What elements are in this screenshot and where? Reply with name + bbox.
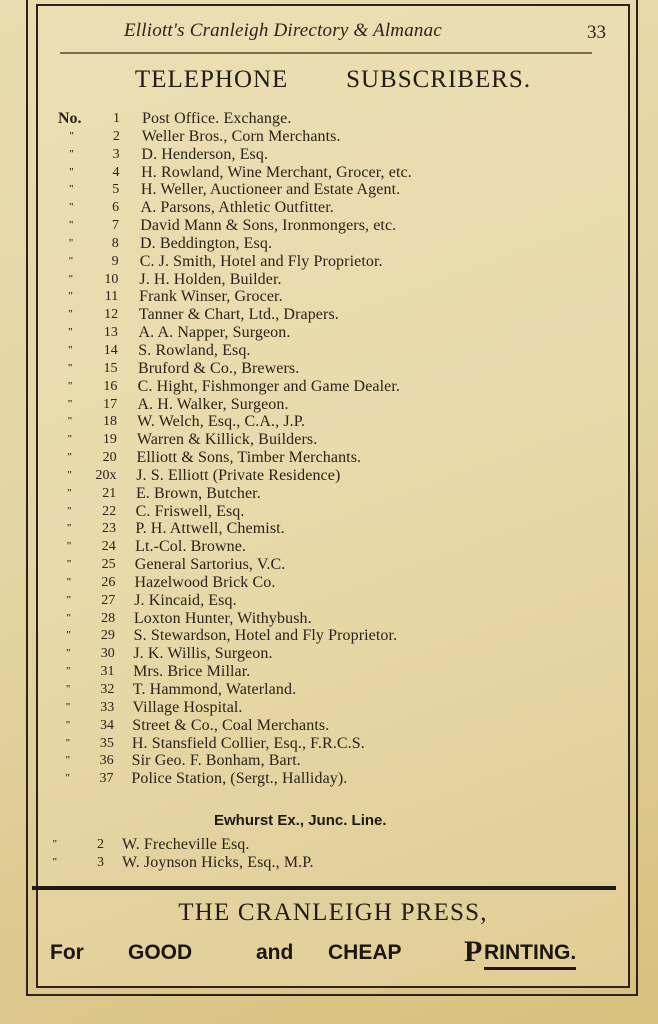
tagline-word: and [256,941,293,965]
subscriber-row: "33Village Hospital. [38,699,628,717]
subscriber-name: A. H. Walker, Surgeon. [137,396,288,414]
subscriber-name: Weller Bros., Corn Merchants. [142,128,341,146]
subscriber-number: 8 [79,235,119,253]
header-rule [60,52,592,54]
ditto-mark: " [65,752,70,770]
subscriber-name: J. S. Elliott (Private Residence) [136,467,340,485]
subscriber-row: "5H. Weller, Auctioneer and Estate Agent… [38,181,628,199]
subscriber-row: "11Frank Winser, Grocer. [38,288,628,306]
subscriber-name: Bruford & Co., Brewers. [138,360,299,378]
ditto-mark: " [68,235,73,253]
ditto-mark: " [68,324,73,342]
ditto-mark: " [69,128,74,146]
subscriber-row: "37Police Station, (Sergt., Halliday). [38,770,628,788]
subscriber-name: Sir Geo. F. Bonham, Bart. [132,752,301,770]
subscriber-row: "7David Mann & Sons, Ironmongers, etc. [38,217,628,235]
tagline-initial: P [464,935,482,969]
subscriber-row: "21E. Brown, Butcher. [38,485,628,503]
subscriber-name: Village Hospital. [132,699,242,717]
subscriber-row: "18W. Welch, Esq., C.A., J.P. [38,413,628,431]
subscriber-name: H. Stansfield Collier, Esq., F.R.C.S. [132,735,365,753]
ewhurst-heading: Ewhurst Ex., Junc. Line. [214,812,387,829]
subscriber-name: P. H. Attwell, Chemist. [135,520,284,538]
ditto-mark: " [68,199,73,217]
subscriber-row: "16C. Hight, Fishmonger and Game Dealer. [38,378,628,396]
tagline-word: GOOD [128,941,192,965]
ditto-mark: " [69,146,74,164]
ditto-mark: " [66,627,71,645]
subscriber-name: Post Office. Exchange. [142,110,291,128]
subscriber-number: 33 [74,699,114,717]
subscriber-row: "23P. H. Attwell, Chemist. [38,520,628,538]
subscriber-row: "13A. A. Napper, Surgeon. [38,324,628,342]
subscriber-row: "20Elliott & Sons, Timber Merchants. [38,449,628,467]
subscriber-number: 30 [75,645,115,663]
subscriber-name: H. Rowland, Wine Merchant, Grocer, etc. [141,164,412,182]
subscriber-row: "31Mrs. Brice Millar. [38,663,628,681]
ditto-mark: " [67,485,72,503]
subscriber-name: D. Henderson, Esq. [141,146,268,164]
ditto-mark: " [67,449,72,467]
subscriber-number: 5 [79,181,119,199]
subscriber-row: "19Warren & Killick, Builders. [38,431,628,449]
ditto-mark: " [65,770,70,788]
ditto-mark: " [68,342,73,360]
subscriber-name: Elliott & Sons, Timber Merchants. [137,449,362,467]
ditto-mark: " [67,378,72,396]
ditto-mark: " [67,360,72,378]
subscriber-list: No.1Post Office. Exchange."2Weller Bros.… [38,110,628,788]
subscriber-name: D. Beddington, Esq. [140,235,272,253]
subscriber-number: 25 [76,556,116,574]
subscriber-number: 20 [77,449,117,467]
subscriber-row: "12Tanner & Chart, Ltd., Drapers. [38,306,628,324]
ditto-mark: " [66,538,71,556]
subscriber-row: "28Loxton Hunter, Withybush. [38,610,628,628]
subscriber-number: 10 [78,271,118,289]
subscriber-name: Lt.-Col. Browne. [135,538,246,556]
tagline-word: For [50,941,84,965]
ewhurst-subscriber-list: "2W. Frecheville Esq."3W. Joynson Hicks,… [38,836,628,872]
subscriber-row: "35H. Stansfield Collier, Esq., F.R.C.S. [38,735,628,753]
ditto-mark: " [52,836,57,854]
subscriber-number: 13 [78,324,118,342]
ditto-mark: " [68,217,73,235]
subscriber-row: "25General Sartorius, V.C. [38,556,628,574]
subscriber-number: 2 [80,128,120,146]
subscriber-row: "27J. Kincaid, Esq. [38,592,628,610]
subscriber-row: "3D. Henderson, Esq. [38,146,628,164]
subscriber-number: 12 [78,306,118,324]
subscriber-name: S. Rowland, Esq. [138,342,250,360]
subscriber-number: 3 [80,146,120,164]
subscriber-name: Loxton Hunter, Withybush. [134,610,312,628]
subscriber-row: "6A. Parsons, Athletic Outfitter. [38,199,628,217]
ditto-mark: " [66,645,71,663]
ditto-mark: " [65,699,70,717]
subscriber-row: "22C. Friswell, Esq. [38,503,628,521]
subscriber-name: Police Station, (Sergt., Halliday). [131,770,347,788]
ditto-mark: " [69,181,74,199]
subscriber-row: "17A. H. Walker, Surgeon. [38,396,628,414]
subscriber-row: "14S. Rowland, Esq. [38,342,628,360]
ditto-mark: " [68,253,73,271]
subscriber-number: 36 [74,752,114,770]
ditto-mark: " [66,610,71,628]
subscriber-name: T. Hammond, Waterland. [133,681,296,699]
ewhurst-subscriber-row: "2W. Frecheville Esq. [38,836,628,854]
column-label-no: No. [58,110,82,128]
subscriber-name: David Mann & Sons, Ironmongers, etc. [140,217,396,235]
subscriber-row: "29S. Stewardson, Hotel and Fly Propriet… [38,627,628,645]
subscriber-name: H. Weller, Auctioneer and Estate Agent. [141,181,400,199]
subscriber-row: "10J. H. Holden, Builder. [38,271,628,289]
subscriber-number: 21 [76,485,116,503]
subscriber-row: No.1Post Office. Exchange. [38,110,628,128]
subscriber-number: 11 [78,288,118,306]
subscriber-number: 37 [73,770,113,788]
subscriber-row: "8D. Beddington, Esq. [38,235,628,253]
ditto-mark: " [66,663,71,681]
subscriber-row: "4H. Rowland, Wine Merchant, Grocer, etc… [38,164,628,182]
subscriber-name: S. Stewardson, Hotel and Fly Proprietor. [134,627,398,645]
subscriber-number: 7 [79,217,119,235]
subscriber-name: E. Brown, Butcher. [136,485,261,503]
subscriber-number: 17 [77,396,117,414]
subscriber-name: A. A. Napper, Surgeon. [139,324,291,342]
footer-rule [32,886,616,890]
page-number: 33 [587,22,606,44]
subscriber-row: "15Bruford & Co., Brewers. [38,360,628,378]
subscriber-name: Street & Co., Coal Merchants. [132,717,329,735]
subscriber-number: 16 [77,378,117,396]
subscriber-number: 24 [76,538,116,556]
subscriber-row: "32T. Hammond, Waterland. [38,681,628,699]
ditto-mark: " [66,574,71,592]
tagline-word-underlined: RINTING. [484,941,576,970]
subscriber-name: Tanner & Chart, Ltd., Drapers. [139,306,339,324]
ditto-mark: " [66,520,71,538]
ditto-mark: " [68,288,73,306]
subscriber-name: C. J. Smith, Hotel and Fly Proprietor. [140,253,383,271]
subscriber-number: 1 [80,110,120,128]
subscriber-number: 32 [74,681,114,699]
subscriber-number: 23 [76,520,116,538]
subscriber-number: 4 [79,164,119,182]
subscriber-number: 34 [74,717,114,735]
subscriber-name: Warren & Killick, Builders. [137,431,317,449]
subscriber-number: 20x [76,467,116,485]
subscriber-name: J. H. Holden, Builder. [139,271,281,289]
ditto-mark: " [65,681,70,699]
subscriber-name: W. Joynson Hicks, Esq., M.P. [122,854,314,872]
tagline-word: CHEAP [328,941,402,965]
ditto-mark: " [68,306,73,324]
subscriber-number: 28 [75,610,115,628]
subscriber-number: 9 [79,253,119,271]
subscriber-row: "20xJ. S. Elliott (Private Residence) [38,467,628,485]
ditto-mark: " [67,413,72,431]
subscriber-number: 35 [74,735,114,753]
subscriber-name: Frank Winser, Grocer. [139,288,283,306]
subscriber-name: W. Frecheville Esq. [122,836,250,854]
directory-page: Elliott's Cranleigh Directory & Almanac … [38,6,628,986]
subscriber-number: 31 [75,663,115,681]
running-title: Elliott's Cranleigh Directory & Almanac [124,20,442,42]
subscriber-name: W. Welch, Esq., C.A., J.P. [137,413,305,431]
ditto-mark: " [69,164,74,182]
ditto-mark: " [65,717,70,735]
ditto-mark: " [67,467,72,485]
subscriber-row: "9C. J. Smith, Hotel and Fly Proprietor. [38,253,628,271]
subscriber-name: C. Friswell, Esq. [136,503,245,521]
subscriber-name: Hazelwood Brick Co. [135,574,276,592]
subscriber-name: C. Hight, Fishmonger and Game Dealer. [138,378,400,396]
subscriber-number: 22 [76,503,116,521]
subscriber-number: 2 [64,836,104,854]
subscriber-row: "30J. K. Willis, Surgeon. [38,645,628,663]
subscriber-number: 29 [75,627,115,645]
ditto-mark: " [65,735,70,753]
subscriber-name: Mrs. Brice Millar. [133,663,250,681]
subscriber-row: "24Lt.-Col. Browne. [38,538,628,556]
section-title: TELEPHONE SUBSCRIBERS. [38,66,628,94]
subscriber-number: 19 [77,431,117,449]
subscriber-name: A. Parsons, Athletic Outfitter. [141,199,334,217]
ditto-mark: " [67,396,72,414]
subscriber-row: "2Weller Bros., Corn Merchants. [38,128,628,146]
ditto-mark: " [66,556,71,574]
subscriber-number: 14 [78,342,118,360]
subscriber-name: J. Kincaid, Esq. [134,592,236,610]
ditto-mark: " [67,503,72,521]
subscriber-name: General Sartorius, V.C. [135,556,286,574]
ewhurst-subscriber-row: "3W. Joynson Hicks, Esq., M.P. [38,854,628,872]
ditto-mark: " [68,271,73,289]
press-advert-title: THE CRANLEIGH PRESS, [38,899,628,927]
subscriber-number: 26 [75,574,115,592]
subscriber-number: 18 [77,413,117,431]
running-header: Elliott's Cranleigh Directory & Almanac … [38,16,628,44]
subscriber-row: "26Hazelwood Brick Co. [38,574,628,592]
subscriber-row: "36Sir Geo. F. Bonham, Bart. [38,752,628,770]
subscriber-number: 3 [64,854,104,872]
subscriber-number: 15 [78,360,118,378]
subscriber-number: 27 [75,592,115,610]
ditto-mark: " [52,854,57,872]
subscriber-number: 6 [79,199,119,217]
subscriber-name: J. K. Willis, Surgeon. [133,645,272,663]
ditto-mark: " [66,592,71,610]
ditto-mark: " [67,431,72,449]
subscriber-row: "34Street & Co., Coal Merchants. [38,717,628,735]
